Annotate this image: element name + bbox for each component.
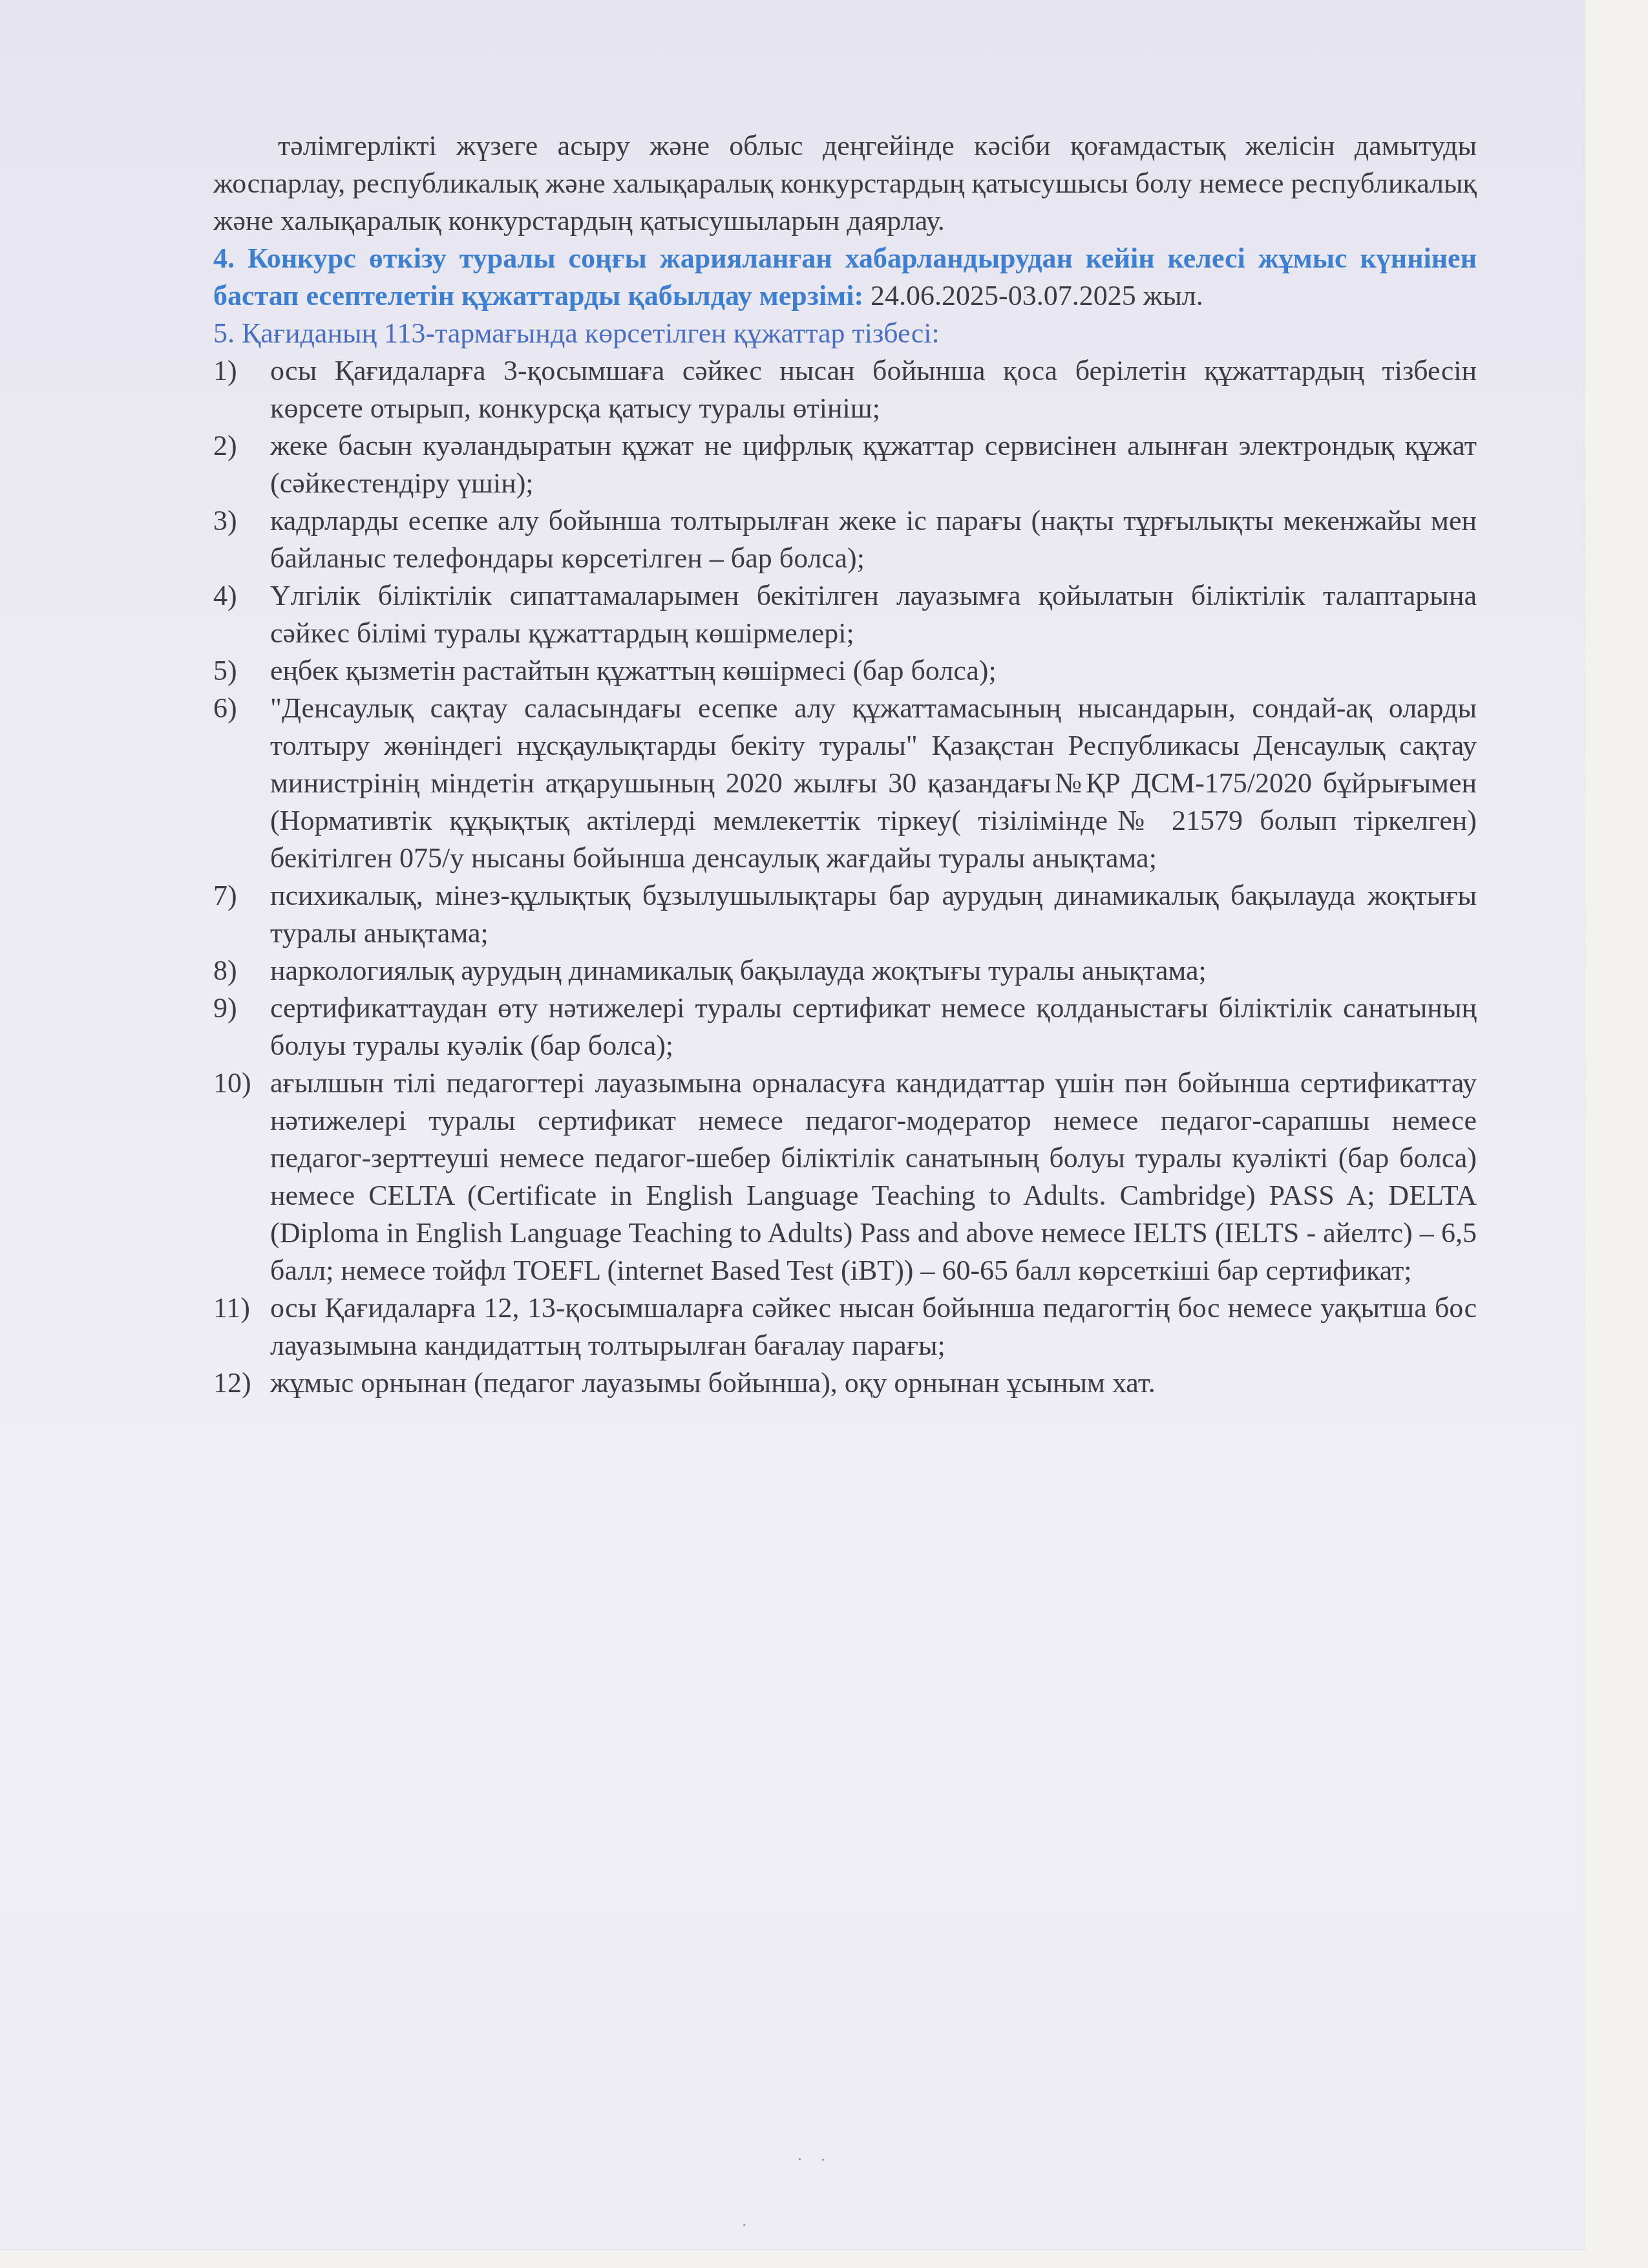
- intro-paragraph: тәлімгерлікті жүзеге асыру және облыс де…: [213, 127, 1477, 240]
- list-item-number: 2): [213, 427, 265, 465]
- list-item-text: "Денсаулық сақтау саласындағы есепке алу…: [270, 690, 1477, 877]
- scanned-page: тәлімгерлікті жүзеге асыру және облыс де…: [0, 0, 1585, 2249]
- list-item-text: еңбек қызметін растайтын құжаттың көшірм…: [270, 652, 1477, 690]
- list-item-number: 9): [213, 990, 265, 1027]
- list-item: 7)психикалық, мінез-құлықтық бұзылушылық…: [213, 877, 1477, 952]
- list-item-number: 12): [213, 1364, 265, 1402]
- document-body: тәлімгерлікті жүзеге асыру және облыс де…: [213, 127, 1477, 1402]
- scan-speck: [799, 2158, 801, 2160]
- list-item-text: наркологиялық аурудың динамикалық бақыла…: [270, 952, 1477, 990]
- section-5-heading: 5. Қағиданың 113-тармағында көрсетілген …: [213, 315, 1477, 352]
- section-4-heading: 4. Конкурс өткізу туралы соңғы жарияланғ…: [213, 240, 1477, 315]
- scan-speck: [743, 2224, 745, 2226]
- list-item: 9)сертификаттаудан өту нәтижелері туралы…: [213, 990, 1477, 1065]
- list-item-number: 7): [213, 877, 265, 915]
- list-item: 5)еңбек қызметін растайтын құжаттың көші…: [213, 652, 1477, 690]
- list-item: 10)ағылшын тілі педагогтері лауазымына о…: [213, 1065, 1477, 1289]
- list-item: 6)"Денсаулық сақтау саласындағы есепке а…: [213, 690, 1477, 877]
- list-item-text: жеке басын куәландыратын құжат не цифрлы…: [270, 427, 1477, 502]
- list-item-number: 1): [213, 352, 265, 390]
- required-documents-list: 1)осы Қағидаларға 3-қосымшаға сәйкес ныс…: [213, 352, 1477, 1402]
- list-item-text: жұмыс орнынан (педагог лауазымы бойынша)…: [270, 1364, 1477, 1402]
- list-item-number: 6): [213, 690, 265, 727]
- list-item-text: ағылшын тілі педагогтері лауазымына орна…: [270, 1065, 1477, 1289]
- list-item-number: 3): [213, 502, 265, 540]
- list-item: 1)осы Қағидаларға 3-қосымшаға сәйкес ныс…: [213, 352, 1477, 427]
- list-item-number: 10): [213, 1065, 265, 1102]
- list-item-text: кадрларды есепке алу бойынша толтырылған…: [270, 502, 1477, 577]
- list-item: 8)наркологиялық аурудың динамикалық бақы…: [213, 952, 1477, 990]
- scan-speck: [822, 2159, 824, 2161]
- list-item: 3)кадрларды есепке алу бойынша толтырылғ…: [213, 502, 1477, 577]
- list-item-text: сертификаттаудан өту нәтижелері туралы с…: [270, 990, 1477, 1065]
- list-item-text: осы Қағидаларға 12, 13-қосымшаларға сәйк…: [270, 1289, 1477, 1364]
- list-item: 4)Үлгілік біліктілік сипаттамаларымен бе…: [213, 577, 1477, 652]
- list-item: 12)жұмыс орнынан (педагог лауазымы бойын…: [213, 1364, 1477, 1402]
- list-item-number: 11): [213, 1289, 265, 1327]
- list-item-number: 5): [213, 652, 265, 690]
- list-item-number: 4): [213, 577, 265, 615]
- list-item-text: психикалық, мінез-құлықтық бұзылушылықта…: [270, 877, 1477, 952]
- list-item: 2)жеке басын куәландыратын құжат не цифр…: [213, 427, 1477, 502]
- list-item: 11)осы Қағидаларға 12, 13-қосымшаларға с…: [213, 1289, 1477, 1364]
- list-item-text: осы Қағидаларға 3-қосымшаға сәйкес нысан…: [270, 352, 1477, 427]
- section-4-label: 4. Конкурс өткізу туралы соңғы жарияланғ…: [213, 242, 1477, 312]
- submission-date-range: 24.06.2025-03.07.2025 жыл.: [863, 280, 1203, 312]
- list-item-number: 8): [213, 952, 265, 990]
- list-item-text: Үлгілік біліктілік сипаттамаларымен бекі…: [270, 577, 1477, 652]
